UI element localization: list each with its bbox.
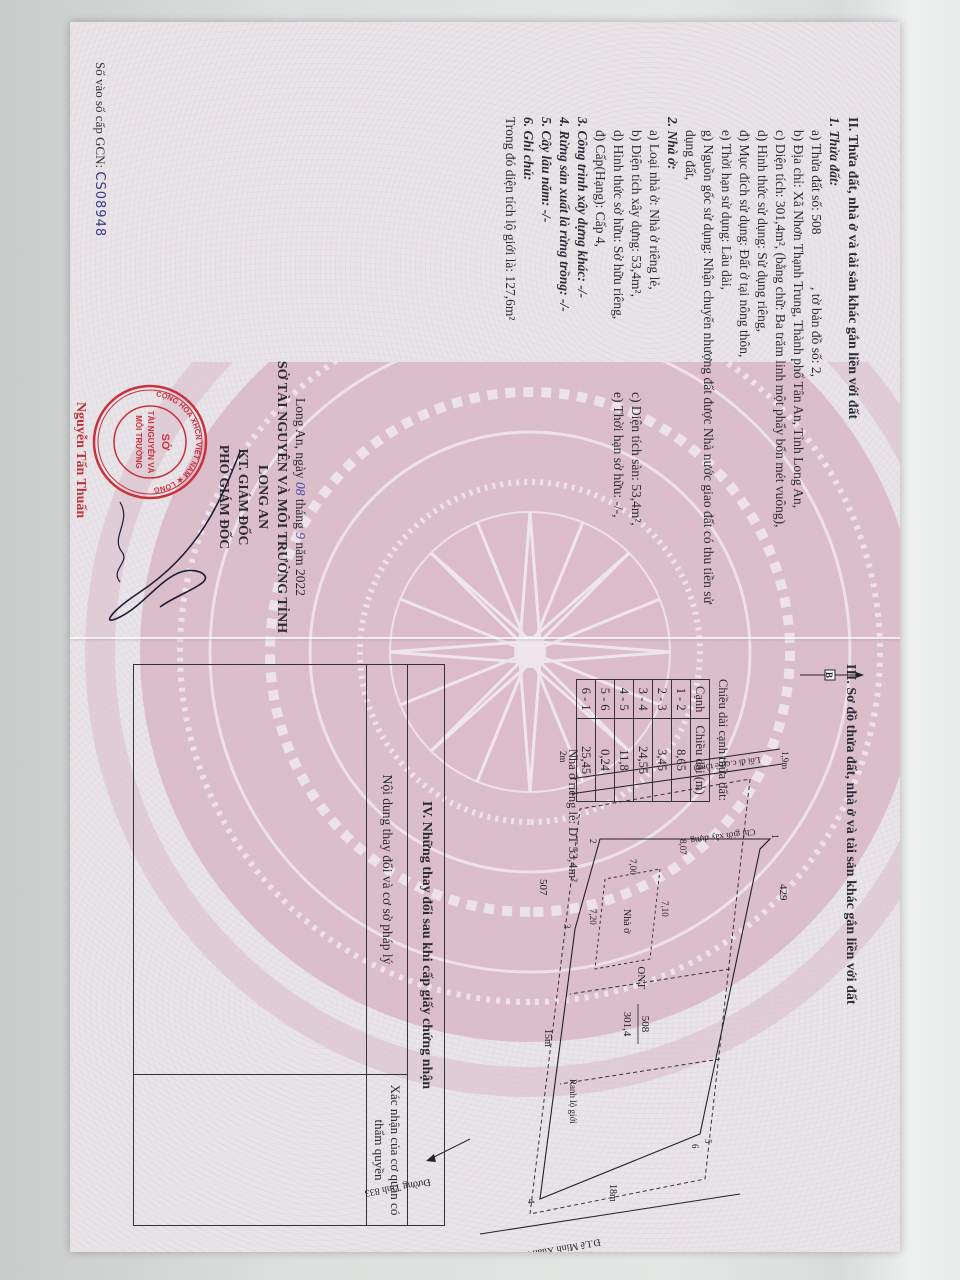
svg-text:6: 6 [690, 1144, 700, 1149]
table-header: Chiều dài (m) [691, 719, 710, 801]
svg-text:Nhà ở: Nhà ở [621, 909, 632, 934]
north-arrow-icon: B [800, 670, 864, 680]
table-cell: 5 - 6 [596, 680, 615, 719]
land-use-certificate: II. Thửa đất, nhà ở và tài sản khác gắn … [70, 22, 900, 1252]
table-row: 4 - 511,8 [615, 680, 634, 802]
certificate-photo: II. Thửa đất, nhà ở và tài sản khác gắn … [70, 22, 900, 1262]
map-sheet-number: , tờ bản đồ số: 2, [807, 287, 826, 377]
usage-form: d) Hình thức sử dụng: Sử dụng riêng, [753, 130, 772, 332]
register-serial: CS08948 [92, 171, 107, 237]
usage-purpose: đ) Mục đích sử dụng: Đất ở tại nông thôn… [735, 130, 754, 357]
place-date: Long An, ngày 08 tháng 9 năm 2022 [291, 352, 310, 642]
table-cell: 11,8 [615, 719, 634, 801]
edge-length-table: CạnhChiều dài (m) 1 - 28,652 - 33,453 - … [576, 679, 710, 802]
page-section-ii: II. Thửa đất, nhà ở và tài sản khác gắn … [70, 22, 900, 637]
svg-text:Ranh lộ giới: Ranh lộ giới [568, 1079, 578, 1124]
table-cell: 24,55 [634, 719, 653, 801]
svg-text:B: B [824, 672, 834, 678]
svg-text:5: 5 [703, 1139, 713, 1144]
house-ownership-term: e) Thời hạn sở hữu: -/-, [609, 392, 628, 518]
usage-origin-cont: dụng đất, [681, 130, 700, 180]
svg-text:15m: 15m [542, 1029, 553, 1047]
svg-text:7,00: 7,00 [628, 859, 638, 875]
notes-heading: 6. Ghi chú: [519, 117, 538, 180]
other-constructions: 3. Công trình xây dựng khác: -/- [573, 117, 592, 298]
signer-name: Nguyễn Tấn Thuấn [72, 402, 88, 518]
svg-text:508: 508 [639, 1016, 651, 1033]
house-heading: 2. Nhà ở: [663, 117, 682, 170]
svg-text:Đ.Lê Minh Xuân : 9m(nhựa): Đ.Lê Minh Xuân : 9m(nhựa) [486, 1236, 602, 1252]
svg-text:1,9m: 1,9m [780, 751, 790, 769]
parcel-number: a) Thửa đất số: 508 [807, 130, 826, 235]
table-cell: 4 - 5 [615, 680, 634, 719]
table-row: 1 - 28,65 [672, 680, 691, 802]
house-built-area: b) Diện tích xây dựng: 53,4m², [627, 130, 646, 297]
usage-origin: g) Nguồn gốc sử dụng: Nhận chuyển nhượng… [699, 130, 718, 604]
table-cell: 3 - 4 [634, 680, 653, 719]
changes-content-cell [134, 665, 366, 1075]
svg-text:ONT: ONT [635, 966, 647, 989]
table-row: 3 - 424,55 [634, 680, 653, 802]
svg-text:301,4: 301,4 [621, 1012, 633, 1037]
register-number: Số vào sổ cấp GCN: CS08948 [92, 62, 108, 237]
house-grade: đ) Cấp(Hạng): Cấp 4, [591, 130, 610, 247]
section-iv-title: IV. Những thay đổi sau khi cấp giấy chứn… [407, 665, 444, 1225]
svg-text:18m: 18m [607, 1184, 618, 1202]
svg-text:507: 507 [537, 879, 549, 896]
table-row: 2 - 33,45 [653, 680, 672, 802]
svg-text:4: 4 [526, 1199, 536, 1204]
road-boundary-area-note: Trong đó diện tích lộ giới là: 127,6m² [501, 117, 520, 320]
table-cell: 2 - 3 [653, 680, 672, 719]
length-table-caption: Chiều dài cạnh thửa đất: [715, 679, 730, 801]
production-forest: 4. Rừng sản xuất là rừng trồng: -/- [555, 117, 574, 312]
table-header: Cạnh [691, 680, 710, 719]
house-area-note: Nhà ở riêng lẻ: DT 53,4m² [565, 749, 580, 882]
svg-text:2: 2 [588, 839, 598, 844]
table-cell: 8,65 [672, 719, 691, 801]
date-month: 9 [293, 532, 308, 539]
svg-text:8,07: 8,07 [678, 839, 688, 855]
authority-confirmation-cell [134, 1075, 366, 1225]
table-cell: 3,45 [653, 719, 672, 801]
table-cell: 0,24 [596, 719, 615, 801]
svg-text:1: 1 [770, 834, 780, 839]
svg-text:7,10: 7,10 [660, 901, 670, 917]
svg-text:429: 429 [777, 884, 789, 901]
handwritten-signature [90, 442, 260, 652]
authority-confirmation-header: Xác nhận của cơ quan có thẩm quyền [367, 1075, 407, 1225]
table-row: 5 - 60,24 [596, 680, 615, 802]
parcel-area: c) Diện tích: 301,4m², (bằng chữ: Ba tră… [771, 130, 790, 528]
house-floor-area: c) Diện tích sàn: 53,4m², [627, 392, 646, 526]
svg-text:7,20: 7,20 [588, 909, 598, 925]
usage-term: e) Thời hạn sử dụng: Lâu dài, [717, 130, 736, 290]
house-ownership: d) Hình thức sở hữu: Sở hữu riêng, [609, 130, 628, 319]
table-cell: 1 - 2 [672, 680, 691, 719]
table-cell: 6 - 1 [577, 680, 596, 719]
parcel-address: b) Địa chỉ: Xã Nhơn Thạnh Trung, Thành p… [789, 130, 808, 508]
section-iv-changes-table: IV. Những thay đổi sau khi cấp giấy chứn… [133, 664, 445, 1226]
svg-text:Chỉ giới xây dựng: Chỉ giới xây dựng [689, 827, 756, 846]
svg-text:3: 3 [562, 924, 572, 929]
section-ii-title: II. Thửa đất, nhà ở và tài sản khác gắn … [843, 117, 862, 419]
page-section-iii-iv: III. Sơ đồ thửa đất, nhà ở và tài sản kh… [70, 639, 900, 1252]
date-day: 08 [293, 482, 308, 496]
house-type: a) Loại nhà ở: Nhà ở riêng lẻ, [645, 130, 664, 290]
perennial-trees: 5. Cây lâu năm: -/- [537, 117, 556, 222]
parcel-heading: 1. Thửa đất: [825, 117, 844, 186]
changes-content-header: Nội dung thay đổi và cơ sở pháp lý [367, 665, 407, 1075]
